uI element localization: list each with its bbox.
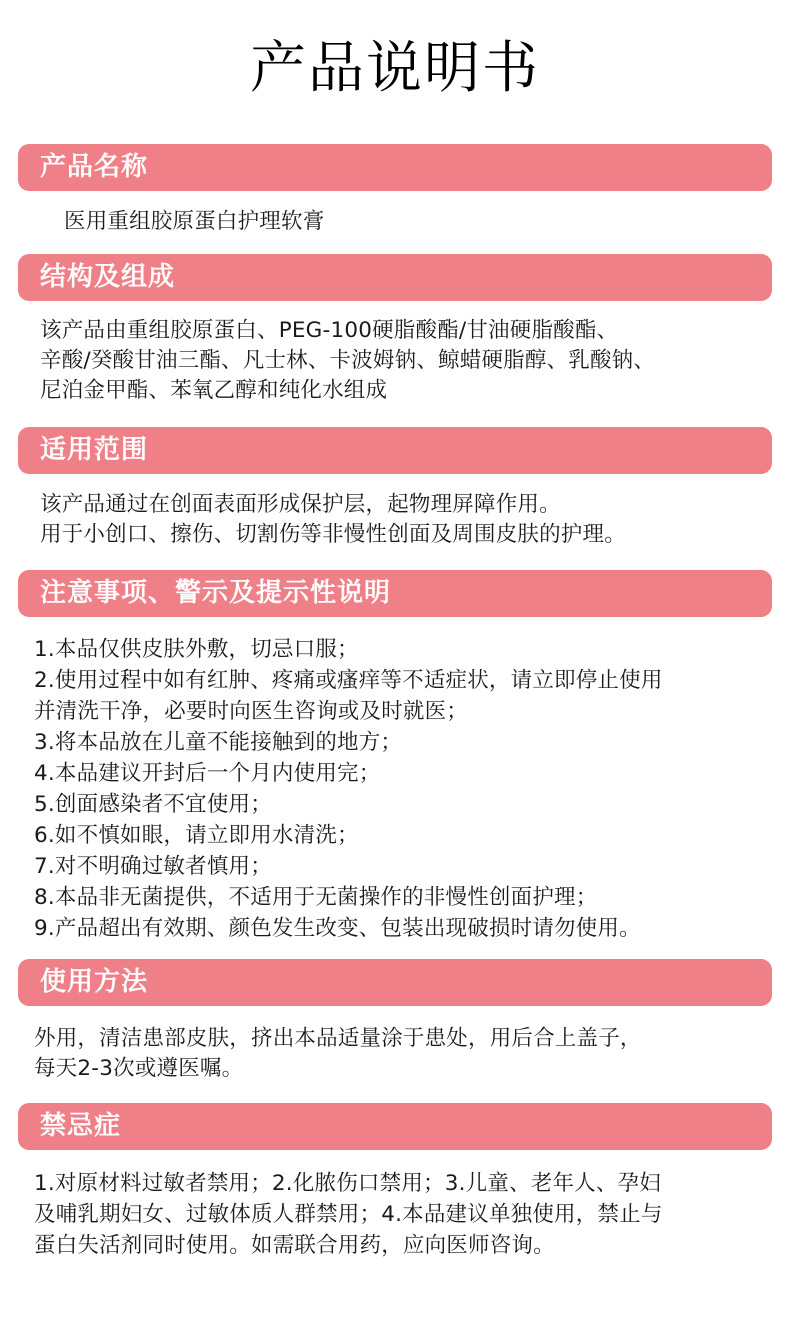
body-line: 2.使用过程中如有红肿、疼痛或瘙痒等不适症状，请立即停止使用	[34, 665, 764, 696]
body-line: 该产品由重组胶原蛋白、PEG-100硬脂酸酯/甘油硬脂酸酯、	[40, 316, 770, 346]
section-title: 产品名称	[40, 144, 148, 191]
body-line: 3.将本品放在儿童不能接触到的地方；	[34, 727, 764, 758]
section-body-product-name: 医用重组胶原蛋白护理软膏	[64, 207, 790, 237]
section-body-scope: 该产品通过在创面表面形成保护层，起物理屏障作用。 用于小创口、擦伤、切割伤等非慢…	[40, 490, 770, 550]
body-line: 6.如不慎如眼，请立即用水清洗；	[34, 820, 764, 851]
body-line: 8.本品非无菌提供，不适用于无菌操作的非慢性创面护理；	[34, 882, 764, 913]
section-title: 禁忌症	[40, 1103, 121, 1150]
body-line: 5.创面感染者不宜使用；	[34, 789, 764, 820]
section-header-precautions: 注意事项、警示及提示性说明	[18, 570, 772, 617]
body-line: 用于小创口、擦伤、切割伤等非慢性创面及周围皮肤的护理。	[40, 520, 770, 550]
section-title: 适用范围	[40, 427, 148, 474]
section-title: 使用方法	[40, 959, 148, 1006]
body-line: 辛酸/癸酸甘油三酯、凡士林、卡波姆钠、鲸蜡硬脂醇、乳酸钠、	[40, 346, 770, 376]
body-line: 尼泊金甲酯、苯氧乙醇和纯化水组成	[40, 376, 770, 406]
page-title: 产品说明书	[0, 34, 790, 104]
section-body-contraindications: 1.对原材料过敏者禁用；2.化脓伤口禁用；3.儿童、老年人、孕妇 及哺乳期妇女、…	[34, 1168, 764, 1261]
body-line: 并清洗干净，必要时向医生咨询或及时就医；	[34, 696, 764, 727]
section-title: 注意事项、警示及提示性说明	[40, 570, 391, 617]
body-line: 1.对原材料过敏者禁用；2.化脓伤口禁用；3.儿童、老年人、孕妇	[34, 1168, 764, 1199]
body-line: 每天2-3次或遵医嘱。	[34, 1054, 764, 1084]
body-line: 7.对不明确过敏者慎用；	[34, 851, 764, 882]
section-header-product-name: 产品名称	[18, 144, 772, 191]
body-line: 该产品通过在创面表面形成保护层，起物理屏障作用。	[40, 490, 770, 520]
body-line: 1.本品仅供皮肤外敷，切忌口服；	[34, 634, 764, 665]
section-header-scope: 适用范围	[18, 427, 772, 474]
body-line: 蛋白失活剂同时使用。如需联合用药，应向医师咨询。	[34, 1230, 764, 1261]
body-line: 医用重组胶原蛋白护理软膏	[64, 207, 790, 237]
section-body-precautions: 1.本品仅供皮肤外敷，切忌口服； 2.使用过程中如有红肿、疼痛或瘙痒等不适症状，…	[34, 634, 764, 944]
section-header-contraindications: 禁忌症	[18, 1103, 772, 1150]
section-header-usage: 使用方法	[18, 959, 772, 1006]
section-body-usage: 外用，清洁患部皮肤，挤出本品适量涂于患处，用后合上盖子， 每天2-3次或遵医嘱。	[34, 1024, 764, 1084]
body-line: 外用，清洁患部皮肤，挤出本品适量涂于患处，用后合上盖子，	[34, 1024, 764, 1054]
body-line: 及哺乳期妇女、过敏体质人群禁用；4.本品建议单独使用，禁止与	[34, 1199, 764, 1230]
section-title: 结构及组成	[40, 254, 175, 301]
section-header-composition: 结构及组成	[18, 254, 772, 301]
body-line: 9.产品超出有效期、颜色发生改变、包装出现破损时请勿使用。	[34, 913, 764, 944]
body-line: 4.本品建议开封后一个月内使用完；	[34, 758, 764, 789]
section-body-composition: 该产品由重组胶原蛋白、PEG-100硬脂酸酯/甘油硬脂酸酯、 辛酸/癸酸甘油三酯…	[40, 316, 770, 406]
